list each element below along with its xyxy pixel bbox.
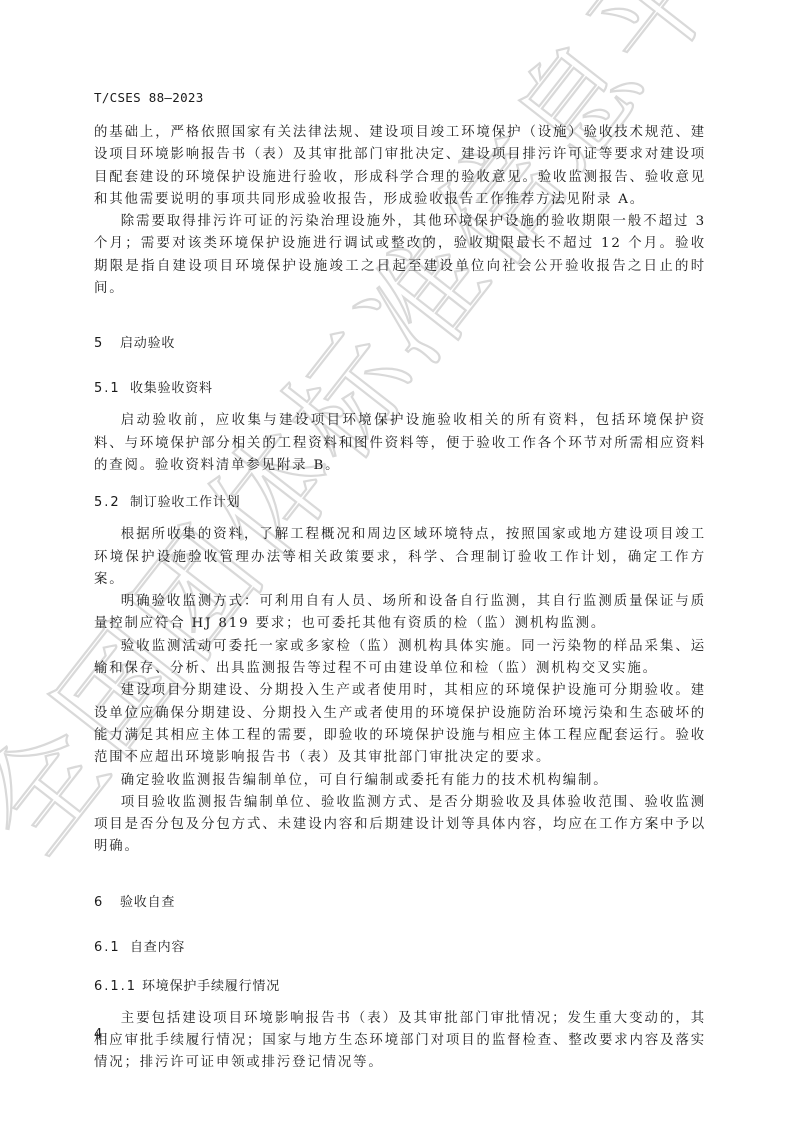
document-page: T/CSES 88—2023 的基础上，严格依照国家有关法律法规、建设项目竣工环… [0,0,794,1123]
section-number: 5 [94,336,120,351]
subsubsection-heading-6-1-1: 6.1.1 环境保护手续履行情况 [94,975,706,994]
section-title: 启动验收 [120,332,175,351]
section-title: 验收自查 [120,891,175,910]
section-heading-5: 5 启动验收 [94,332,706,351]
section-heading-6: 6 验收自查 [94,891,706,910]
subsection-number: 6.1 [94,940,130,955]
page-number: 4 [94,1027,102,1042]
subsection-title: 收集验收资料 [130,377,213,396]
subsection-heading-5-2: 5.2 制订验收工作计划 [94,491,706,510]
paragraph: 主要包括建设项目环境影响报告书（表）及其审批部门审批情况；发生重大变动的，其相应… [94,1008,706,1075]
section-number: 6 [94,895,120,910]
paragraph: 确定验收监测报告编制单位，可自行编制或委托有能力的技术机构编制。 [94,770,706,792]
paragraph: 明确验收监测方式：可利用自有人员、场所和设备自行监测，其自行监测质量保证与质量控… [94,591,706,636]
paragraph: 验收监测活动可委托一家或多家检（监）测机构具体实施。同一污染物的样品采集、运输和… [94,636,706,681]
subsection-title: 制订验收工作计划 [130,491,240,510]
subsection-heading-6-1: 6.1 自查内容 [94,936,706,955]
subsection-number: 5.1 [94,381,130,396]
standard-code-header: T/CSES 88—2023 [94,90,204,105]
paragraph: 的基础上，严格依照国家有关法律法规、建设项目竣工环境保护（设施）验收技术规范、建… [94,122,706,211]
page-content: 的基础上，严格依照国家有关法律法规、建设项目竣工环境保护（设施）验收技术规范、建… [94,122,706,1075]
paragraph: 建设项目分期建设、分期投入生产或者使用时，其相应的环境保护设施可分期验收。建设单… [94,680,706,769]
paragraph: 除需要取得排污许可证的污染治理设施外，其他环境保护设施的验收期限一般不超过 3 … [94,211,706,300]
paragraph: 根据所收集的资料，了解工程概况和周边区域环境特点，按照国家或地方建设项目竣工环境… [94,524,706,591]
subsubsection-title: 环境保护手续履行情况 [142,975,280,994]
subsection-title: 自查内容 [130,936,185,955]
paragraph: 启动验收前，应收集与建设项目环境保护设施验收相关的所有资料，包括环境保护资料、与… [94,410,706,477]
subsubsection-number: 6.1.1 [94,979,142,994]
subsection-heading-5-1: 5.1 收集验收资料 [94,377,706,396]
subsection-number: 5.2 [94,495,130,510]
paragraph: 项目验收监测报告编制单位、验收监测方式、是否分期验收及具体验收范围、验收监测项目… [94,792,706,859]
